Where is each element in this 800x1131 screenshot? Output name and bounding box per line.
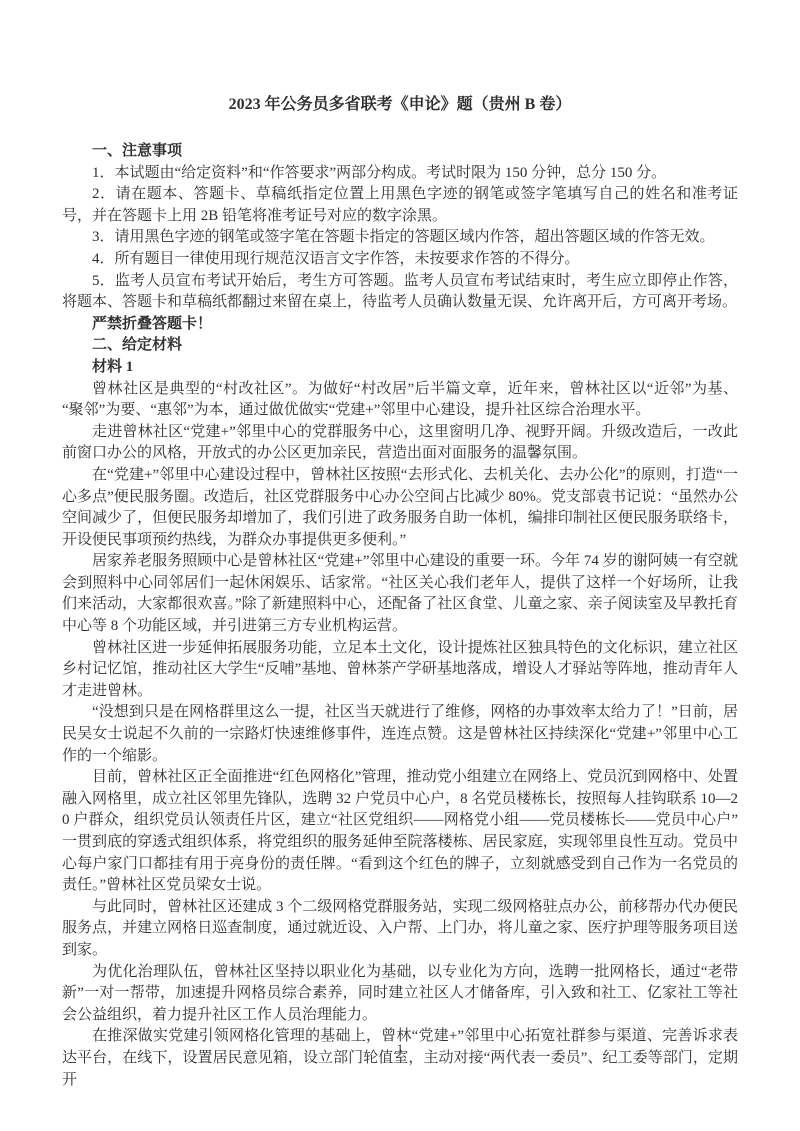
notice-item-2: 2．请在题本、答题卡、草稿纸指定位置上用黑色字迹的钢笔或签字笔填写自己的姓名和准…	[62, 184, 738, 227]
notice-item-1: 1．本试题由“给定资料”和“作答要求”两部分构成。考试时限为 150 分钟，总分…	[62, 163, 738, 185]
material-paragraph: 曾林社区是典型的“村改社区”。为做好“村改居”后半篇文章，近年来，曾林社区以“近…	[62, 379, 738, 422]
material-paragraph: 走进曾林社区“党建+”邻里中心的党群服务中心，这里窗明几净、视野开阔。升级改造后…	[62, 422, 738, 465]
material-paragraph: 居家养老服务照顾中心是曾林社区“党建+”邻里中心建设的重要一环。今年 74 岁的…	[62, 551, 738, 637]
material-paragraph: 在“党建+”邻里中心建设过程中，曾林社区按照“去形式化、去机关化、去办公化”的原…	[62, 465, 738, 551]
material-paragraph: 曾林社区进一步延伸拓展服务功能，立足本土文化，设计提炼社区独具特色的文化标识，建…	[62, 638, 738, 703]
materials-heading: 二、给定材料	[62, 335, 738, 357]
material-paragraph: 目前，曾林社区正全面推进“红色网格化”管理，推动党小组建立在网络上、党员沉到网格…	[62, 767, 738, 897]
notice-item-4: 4．所有题目一律使用现行规范汉语言文字作答，未按要求作答的不得分。	[62, 249, 738, 271]
material-paragraph: 为优化治理队伍，曾林社区坚持以职业化为基础，以专业化为方向，选聘一批网格长，通过…	[62, 962, 738, 1027]
material-1-heading: 材料 1	[62, 357, 738, 379]
notices-heading: 一、注意事项	[62, 141, 738, 163]
notice-item-3: 3．请用黑色字迹的钢笔或签字笔在答题卡指定的答题区域内作答，超出答题区域的作答无…	[62, 227, 738, 249]
page-number: 1	[0, 1041, 800, 1057]
notice-item-5: 5．监考人员宣布考试开始后，考生方可答题。监考人员宣布考试结束时，考生应立即停止…	[62, 271, 738, 314]
material-paragraph: “没想到只是在网格群里这么一提，社区当天就进行了维修，网格的办事效率太给力了！”…	[62, 702, 738, 767]
material-paragraph: 在推深做实党建引领网格化管理的基础上，曾林“党建+”邻里中心拓宽社群参与渠道、完…	[62, 1026, 738, 1091]
exam-paper-page: 2023 年公务员多省联考《申论》题（贵州 B 卷） 一、注意事项 1．本试题由…	[0, 0, 800, 1131]
document-content: 2023 年公务员多省联考《申论》题（贵州 B 卷） 一、注意事项 1．本试题由…	[62, 95, 738, 1091]
material-paragraph: 与此同时，曾林社区还建成 3 个二级网格党群服务站，实现二级网格驻点办公，前移帮…	[62, 897, 738, 962]
warning-line: 严禁折叠答题卡！	[62, 314, 738, 336]
page-title: 2023 年公务员多省联考《申论》题（贵州 B 卷）	[62, 95, 738, 115]
